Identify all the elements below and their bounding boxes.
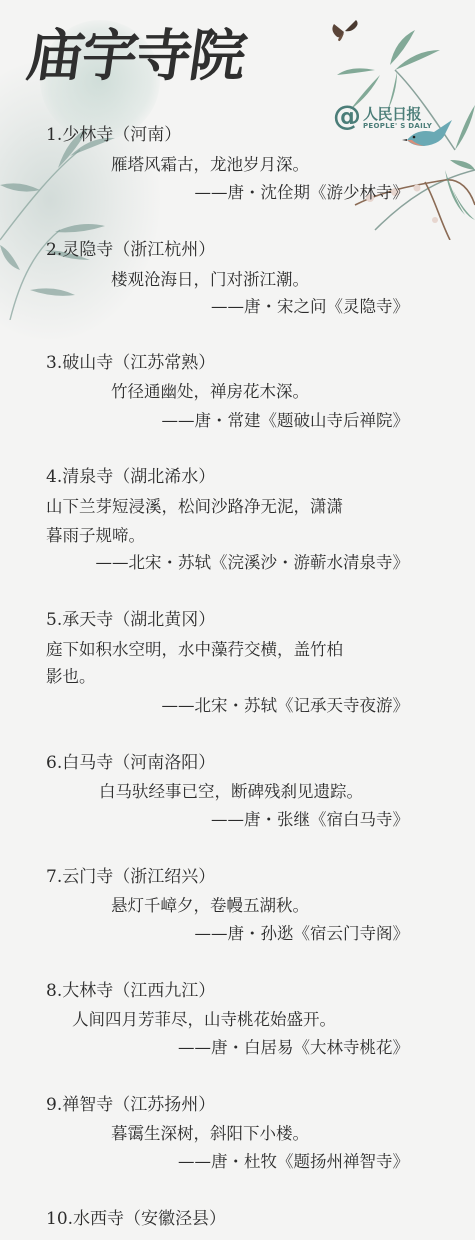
article-page: 庙宇寺院: [0, 0, 475, 1240]
peoples-daily-logo: @ 人民日报 PEOPLE' S DAILY: [333, 100, 463, 136]
logo-name-cn: 人民日报: [363, 103, 421, 124]
temple-heading: 2.灵隐寺（浙江杭州）: [46, 240, 215, 260]
poem-line: 人间四月芳菲尽，山寺桃花始盛开。: [72, 1010, 336, 1030]
poem-author: ——唐・孙逖《宿云门寺阁》: [195, 924, 410, 944]
temple-heading: 5.承天寺（湖北黄冈）: [46, 610, 215, 630]
temple-heading: 1.少林寺（河南）: [46, 125, 181, 145]
temple-heading: 7.云门寺（浙江绍兴）: [46, 867, 215, 887]
temple-heading: 3.破山寺（江苏常熟）: [46, 353, 215, 373]
poem-author: ——唐・常建《题破山寺后禅院》: [162, 411, 410, 431]
poem-line: 雁塔风霜古，龙池岁月深。: [111, 155, 309, 175]
poem-author: ——北宋・苏轼《记承天寺夜游》: [162, 696, 410, 716]
poem-line: 暮霭生深树，斜阳下小楼。: [111, 1124, 309, 1144]
poem-line: 山下兰芽短浸溪，松间沙路净无泥，潇潇: [46, 497, 343, 517]
poem-author: ——唐・沈佺期《游少林寺》: [195, 183, 410, 203]
temple-heading: 4.清泉寺（湖北浠水）: [46, 467, 215, 487]
poem-author: ——北宋・苏轼《浣溪沙・游蕲水清泉寺》: [96, 553, 410, 573]
temple-heading: 6.白马寺（河南洛阳）: [46, 753, 215, 773]
poem-line: 竹径通幽处，禅房花木深。: [111, 382, 309, 402]
poem-line: 悬灯千嶂夕，卷幔五湖秋。: [111, 896, 309, 916]
poem-line: 暮雨子规啼。: [46, 526, 145, 546]
logo-name-en: PEOPLE' S DAILY: [363, 122, 432, 130]
poem-line: 楼观沧海日，门对浙江潮。: [111, 270, 309, 290]
poem-line: 影也。: [46, 667, 96, 687]
poem-author: ——唐・白居易《大林寺桃花》: [178, 1038, 409, 1058]
temple-heading: 8.大林寺（江西九江）: [46, 981, 215, 1001]
poem-line: 庭下如积水空明，水中藻荇交横，盖竹柏: [46, 640, 343, 660]
at-symbol-icon: @: [333, 102, 361, 130]
poem-line: 白马驮经事已空，断碑残刹见遗踪。: [99, 782, 363, 802]
poem-author: ——唐・张继《宿白马寺》: [211, 810, 409, 830]
temple-heading: 9.禅智寺（江苏扬州）: [46, 1095, 215, 1115]
page-title: 庙宇寺院: [24, 28, 248, 84]
poem-author: ——唐・宋之问《灵隐寺》: [211, 297, 409, 317]
poem-author: ——唐・杜牧《题扬州禅智寺》: [178, 1152, 409, 1172]
temple-heading: 10.水西寺（安徽泾县）: [46, 1209, 226, 1229]
